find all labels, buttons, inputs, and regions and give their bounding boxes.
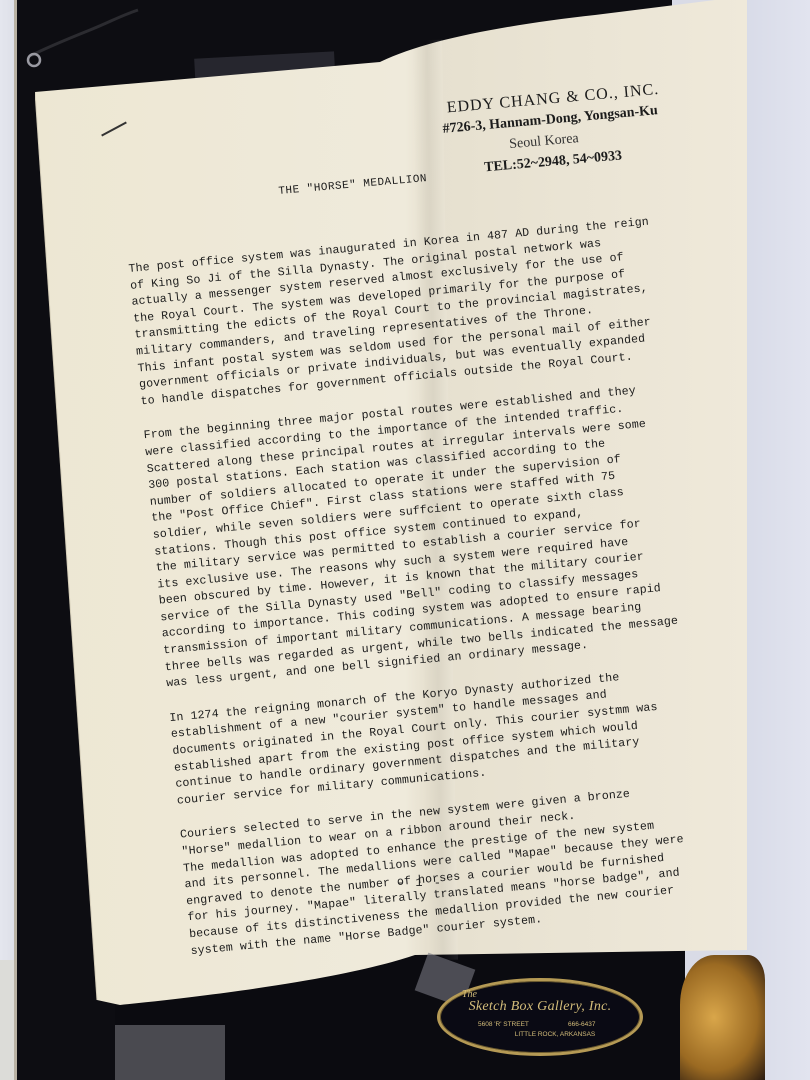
tape-strip-bottom-left	[115, 1025, 225, 1080]
page-number: - 1 -	[397, 876, 443, 890]
gold-artwork-fragment	[680, 955, 765, 1080]
gallery-sticker: The Sketch Box Gallery, Inc. 5608 'R' ST…	[437, 978, 643, 1056]
document-body: The post office system was inaugurated i…	[128, 211, 751, 978]
sticker-city: LITTLE ROCK, ARKANSAS	[440, 1031, 640, 1038]
paragraph-postal-routes: From the beginning three major postal ro…	[143, 378, 725, 693]
wall-background-right	[745, 0, 810, 1080]
sticker-gallery-name: Sketch Box Gallery, Inc.	[440, 999, 640, 1015]
sticker-phone: 666-6437	[568, 1021, 595, 1028]
paragraph-horse-medallion: Couriers selected to serve in the new sy…	[180, 777, 750, 960]
sticker-street: 5608 'R' STREET	[478, 1021, 529, 1028]
